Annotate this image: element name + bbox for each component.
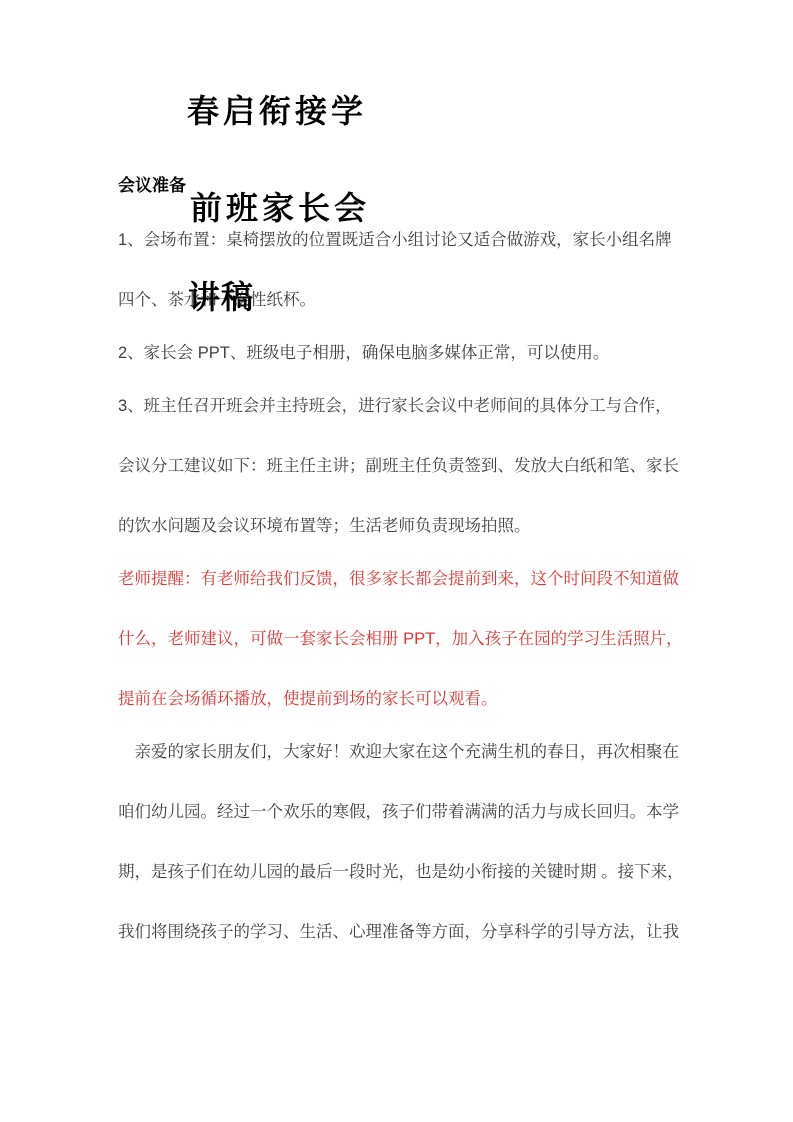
prep-item-3: 3、班主任召开班会并主持班会，进行家长会议中老师间的具体分工与合作，会议分工建议… (118, 376, 680, 556)
doc-title-line-2: 前班家长会 (190, 192, 370, 226)
prep-item-2: 2、家长会 PPT、班级电子相册，确保电脑多媒体正常，可以使用。 (118, 323, 680, 383)
section-heading-meeting-prep: 会议准备 (118, 171, 186, 196)
doc-title-line-1: 春启衔接学 (187, 95, 367, 129)
body-line: 咱们幼儿园。经过一个欢乐的寒假，孩子们带着满满的活力与成长回归。本学 (118, 782, 680, 842)
speech-opening: 亲爱的家长朋友们，大家好！欢迎大家在这个充满生机的春日，再次相聚在咱们幼儿园。经… (118, 722, 680, 962)
body-line: 期，是孩子们在幼儿园的最后一段时光，也是幼小衔接的关键时期 。接下来， (118, 842, 680, 902)
document-page: 1、会场布置：桌椅摆放的位置既适合小组讨论又适合做游戏，家长小组名牌四个、茶水和… (0, 0, 793, 1122)
body-line: 亲爱的家长朋友们，大家好！欢迎大家在这个充满生机的春日，再次相聚在 (118, 722, 680, 782)
body-line: 我们将围绕孩子的学习、生活、心理准备等方面，分享科学的引导方法，让我 (118, 902, 680, 962)
body-line: 什么，老师建议，可做一套家长会相册 PPT，加入孩子在园的学习生活照片， (118, 609, 680, 669)
teacher-reminder: 老师提醒：有老师给我们反馈，很多家长都会提前到来，这个时间段不知道做什么，老师建… (118, 549, 680, 729)
body-line: 2、家长会 PPT、班级电子相册，确保电脑多媒体正常，可以使用。 (118, 323, 680, 383)
body-line: 3、班主任召开班会并主持班会，进行家长会议中老师间的具体分工与合作， (118, 376, 680, 436)
body-line: 老师提醒：有老师给我们反馈，很多家长都会提前到来，这个时间段不知道做 (118, 549, 680, 609)
doc-title-line-3: 讲稿 (188, 281, 254, 315)
document-body: 1、会场布置：桌椅摆放的位置既适合小组讨论又适合做游戏，家长小组名牌四个、茶水和… (118, 210, 680, 955)
body-line: 提前在会场循环播放，使提前到场的家长可以观看。 (118, 669, 680, 729)
body-line: 会议分工建议如下：班主任主讲；副班主任负责签到、发放大白纸和笔、家长 (118, 436, 680, 496)
body-line: 的饮水问题及会议环境布置等；生活老师负责现场拍照。 (118, 496, 680, 556)
